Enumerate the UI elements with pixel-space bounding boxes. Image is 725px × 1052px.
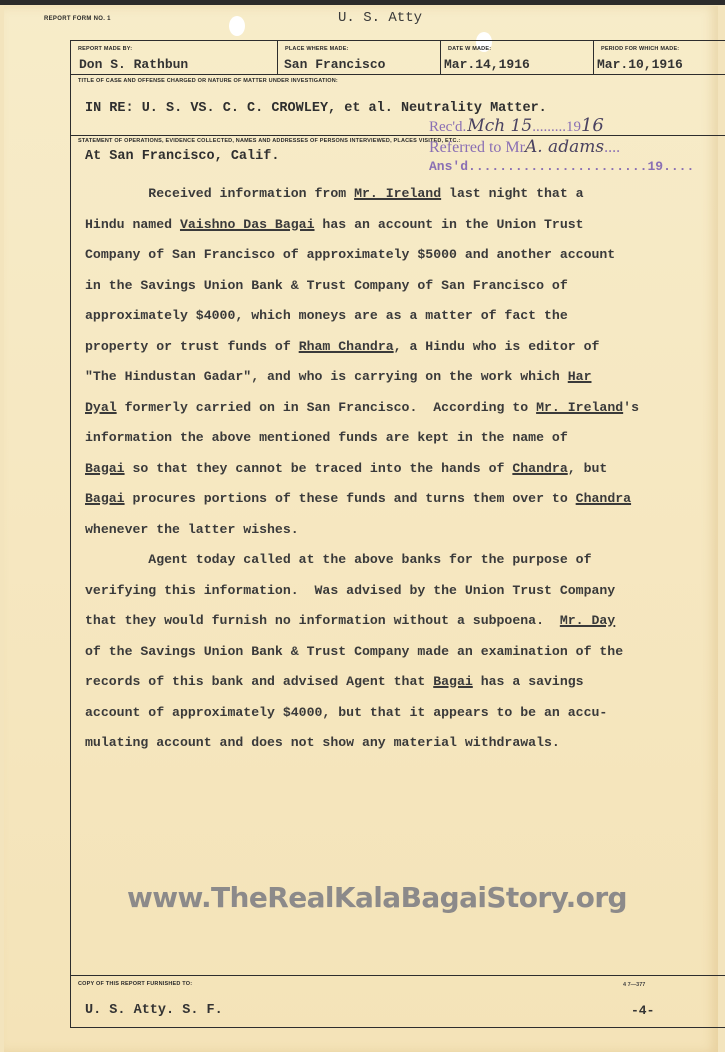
body-line: approximately $4000, which moneys are as… — [85, 301, 715, 332]
body-line: Agent today called at the above banks fo… — [85, 545, 715, 576]
underlined-name: Bagai — [85, 491, 125, 506]
body-line: Bagai procures portions of these funds a… — [85, 484, 715, 515]
footer-divider — [71, 975, 725, 976]
period-label: PERIOD FOR WHICH MADE: — [601, 46, 679, 52]
body-line: Received information from Mr. Ireland la… — [85, 179, 715, 210]
underlined-name: Har — [568, 369, 592, 384]
underlined-name: Chandra — [576, 491, 631, 506]
body-line: in the Savings Union Bank & Trust Compan… — [85, 271, 715, 302]
underlined-name: Bagai — [85, 461, 125, 476]
place-where-made-value: San Francisco — [284, 57, 385, 72]
page-number: -4- — [631, 1003, 654, 1018]
underlined-name: Chandra — [512, 461, 567, 476]
received-stamp-line: Rec'd.Mch 15.........1916 — [429, 115, 604, 136]
form-code: 4 7—377 — [623, 982, 645, 988]
body-line: "The Hindustan Gadar", and who is carryi… — [85, 362, 715, 393]
viewer-top-bar — [0, 0, 725, 5]
referred-handwritten-name: A. adams — [525, 137, 604, 157]
body-line: Dyal formerly carried on in San Francisc… — [85, 393, 715, 424]
document-page: REPORT FORM NO. 1 U. S. Atty REPORT MADE… — [4, 6, 718, 1052]
section-divider — [71, 135, 725, 136]
body-line: of the Savings Union Bank & Trust Compan… — [85, 637, 715, 668]
report-body: Received information from Mr. Ireland la… — [85, 179, 715, 759]
body-line: account of approximately $4000, but that… — [85, 698, 715, 729]
watermark: www.TheRealKalaBagaiStory.org — [127, 881, 627, 914]
punch-hole-icon — [229, 16, 245, 36]
form-number: REPORT FORM NO. 1 — [44, 16, 111, 22]
body-line: that they would furnish no information w… — [85, 606, 715, 637]
referred-stamp-line: Referred to MrA. adams.... — [429, 137, 620, 157]
case-title: IN RE: U. S. VS. C. C. CROWLEY, et al. N… — [85, 101, 547, 116]
report-form-frame: REPORT MADE BY: Don S. Rathbun PLACE WHE… — [70, 40, 725, 1028]
copy-furnished-label: COPY OF THIS REPORT FURNISHED TO: — [78, 981, 192, 987]
period-value: Mar.10,1916 — [597, 57, 683, 72]
body-line: information the above mentioned funds ar… — [85, 423, 715, 454]
location-line: At San Francisco, Calif. — [85, 149, 279, 164]
statement-label: STATEMENT OF OPERATIONS, EVIDENCE COLLEC… — [78, 138, 460, 144]
copy-furnished-value: U. S. Atty. S. F. — [85, 1003, 223, 1018]
body-line: mulating account and does not show any m… — [85, 728, 715, 759]
underlined-name: Dyal — [85, 400, 117, 415]
body-line: Company of San Francisco of approximatel… — [85, 240, 715, 271]
body-line: Bagai so that they cannot be traced into… — [85, 454, 715, 485]
date-when-made-value: Mar.14,1916 — [444, 57, 530, 72]
date-when-made-label: DATE W MADE: — [448, 46, 491, 52]
underlined-name: Mr. Ireland — [354, 186, 441, 201]
body-line: records of this bank and advised Agent t… — [85, 667, 715, 698]
body-line: whenever the latter wishes. — [85, 515, 715, 546]
underlined-name: Rham Chandra — [299, 339, 394, 354]
answered-stamp-line: Ans'd.......................19.... — [429, 159, 694, 174]
title-label: TITLE OF CASE AND OFFENSE CHARGED OR NAT… — [78, 78, 338, 84]
place-where-made-cell: PLACE WHERE MADE: San Francisco — [278, 41, 441, 74]
period-cell: PERIOD FOR WHICH MADE: Mar.10,1916 — [594, 41, 725, 74]
underlined-name: Mr. Ireland — [536, 400, 623, 415]
place-where-made-label: PLACE WHERE MADE: — [285, 46, 349, 52]
report-made-by-value: Don S. Rathbun — [79, 57, 188, 72]
report-made-by-label: REPORT MADE BY: — [78, 46, 132, 52]
received-handwritten-date: Mch 15 — [467, 116, 532, 136]
underlined-name: Bagai — [433, 674, 473, 689]
body-line: property or trust funds of Rham Chandra,… — [85, 332, 715, 363]
body-line: Hindu named Vaishno Das Bagai has an acc… — [85, 210, 715, 241]
report-made-by-cell: REPORT MADE BY: Don S. Rathbun — [71, 41, 278, 74]
header-row: REPORT MADE BY: Don S. Rathbun PLACE WHE… — [71, 41, 725, 75]
body-line: verifying this information. Was advised … — [85, 576, 715, 607]
underlined-name: Vaishno Das Bagai — [180, 217, 315, 232]
top-stamp: U. S. Atty — [338, 10, 422, 26]
date-when-made-cell: DATE W MADE: Mar.14,1916 — [441, 41, 594, 74]
underlined-name: Mr. Day — [560, 613, 615, 628]
